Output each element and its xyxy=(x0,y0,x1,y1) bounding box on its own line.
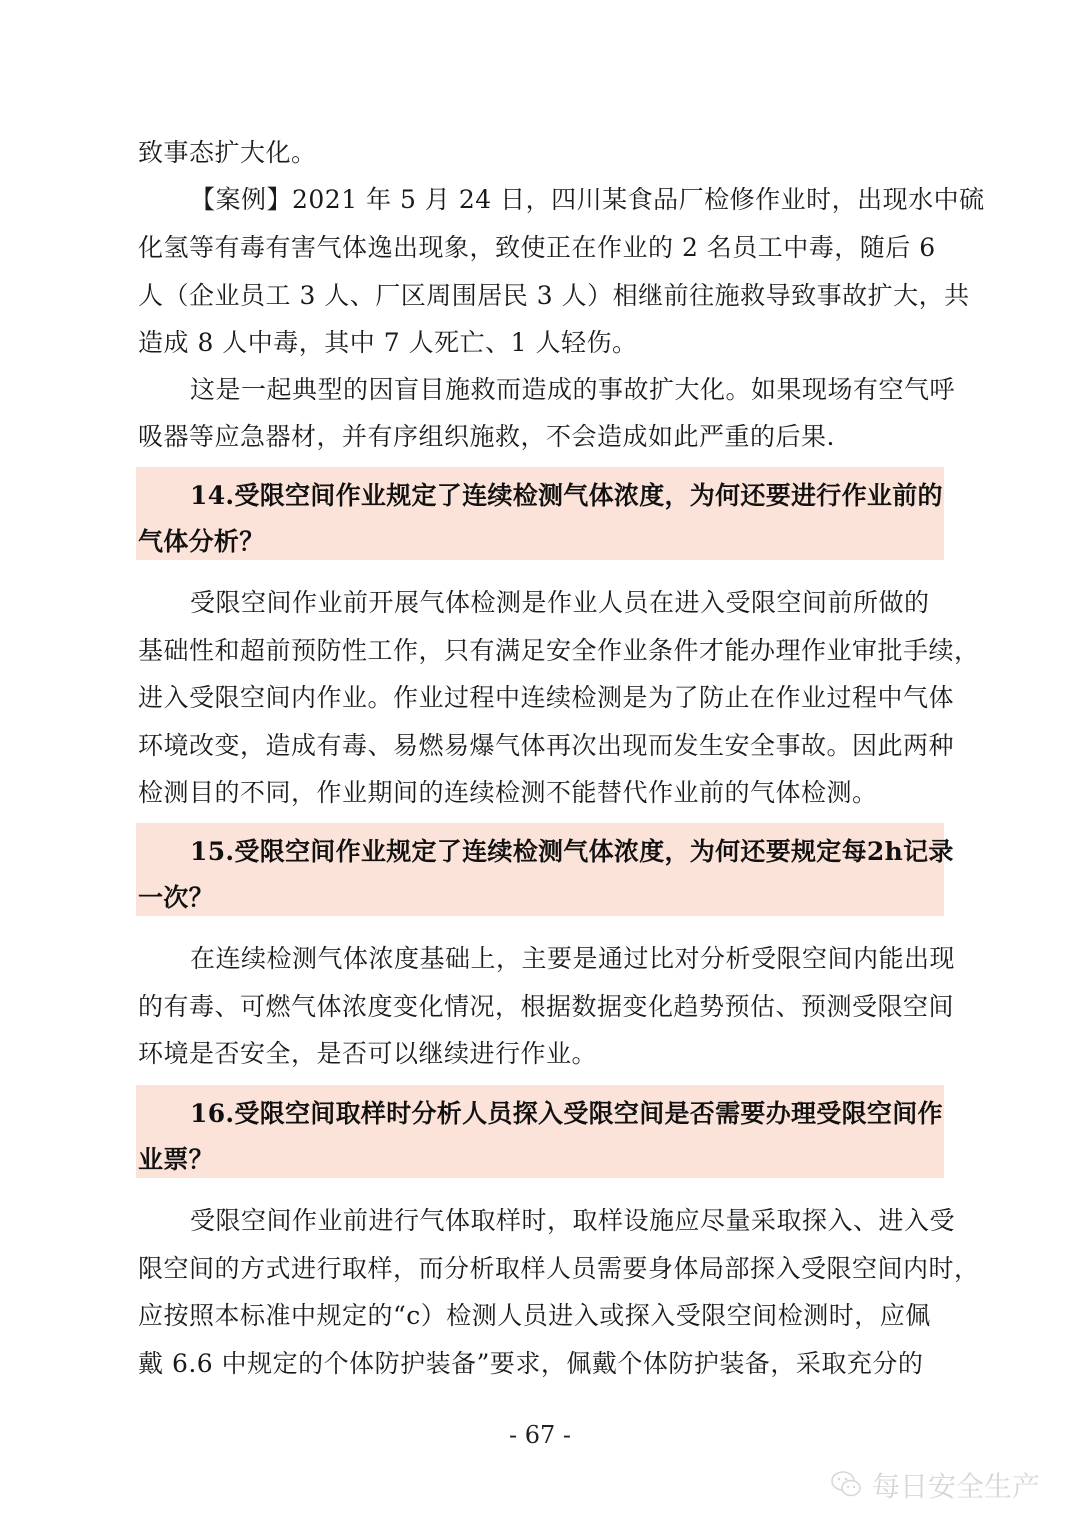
case-paragraph-line: 【案例】2021 年 5 月 24 日，四川某食品厂检修作业时，出现水中硫 xyxy=(190,185,944,215)
case-paragraph-line: 化氢等有毒有害气体逸出现象，致使正在作业的 2 名员工中毒，随后 6 xyxy=(138,233,944,263)
question-15-title-line: 15.受限空间作业规定了连续检测气体浓度，为何还要规定每2h记录 xyxy=(190,837,954,867)
answer-16-line: 应按照本标准中规定的“c）检测人员进入或探入受限空间检测时，应佩 xyxy=(138,1301,944,1331)
document-page: 致事态扩大化。 【案例】2021 年 5 月 24 日，四川某食品厂检修作业时，… xyxy=(0,0,1080,1528)
question-14-title-line: 14.受限空间作业规定了连续检测气体浓度，为何还要进行作业前的 xyxy=(190,481,943,511)
answer-16-line: 戴 6.6 中规定的个体防护装备”要求，佩戴个体防护装备，采取充分的 xyxy=(138,1349,944,1379)
answer-14-line: 基础性和超前预防性工作，只有满足安全作业条件才能办理作业审批手续， xyxy=(138,636,944,666)
watermark-text: 每日安全生产 xyxy=(872,1465,1040,1505)
answer-15-line: 环境是否安全，是否可以继续进行作业。 xyxy=(138,1039,944,1069)
case-paragraph-line: 造成 8 人中毒，其中 7 人死亡、1 人轻伤。 xyxy=(138,328,944,358)
page-number: - 67 - xyxy=(0,1420,1080,1450)
answer-14-line: 环境改变，造成有毒、易燃易爆气体再次出现而发生安全事故。因此两种 xyxy=(138,731,944,761)
paragraph-line: 致事态扩大化。 xyxy=(138,138,944,168)
question-14-title-line: 气体分析？ xyxy=(138,527,265,557)
watermark: 每日安全生产 xyxy=(830,1465,1040,1505)
answer-16-line: 限空间的方式进行取样，而分析取样人员需要身体局部探入受限空间内时， xyxy=(138,1254,944,1284)
paragraph-line: 吸器等应急器材，并有序组织施救，不会造成如此严重的后果. xyxy=(138,422,944,452)
question-16-title-line: 业票？ xyxy=(138,1145,214,1175)
answer-14-line: 进入受限空间内作业。作业过程中连续检测是为了防止在作业过程中气体 xyxy=(138,683,944,713)
answer-15-line: 的有毒、可燃气体浓度变化情况，根据数据变化趋势预估、预测受限空间 xyxy=(138,992,944,1022)
answer-14-line: 检测目的不同，作业期间的连续检测不能替代作业前的气体检测。 xyxy=(138,778,944,808)
answer-14-line: 受限空间作业前开展气体检测是作业人员在进入受限空间前所做的 xyxy=(190,588,944,618)
paragraph-line: 这是一起典型的因盲目施救而造成的事故扩大化。如果现场有空气呼 xyxy=(190,375,944,405)
answer-16-line: 受限空间作业前进行气体取样时，取样设施应尽量采取探入、进入受 xyxy=(190,1206,944,1236)
question-16-title-line: 16.受限空间取样时分析人员探入受限空间是否需要办理受限空间作 xyxy=(190,1099,943,1129)
wechat-icon xyxy=(830,1468,864,1502)
question-15-title-line: 一次？ xyxy=(138,883,214,913)
answer-15-line: 在连续检测气体浓度基础上，主要是通过比对分析受限空间内能出现 xyxy=(190,944,944,974)
case-paragraph-line: 人（企业员工 3 人、厂区周围居民 3 人）相继前往施救导致事故扩大，共 xyxy=(138,281,944,311)
